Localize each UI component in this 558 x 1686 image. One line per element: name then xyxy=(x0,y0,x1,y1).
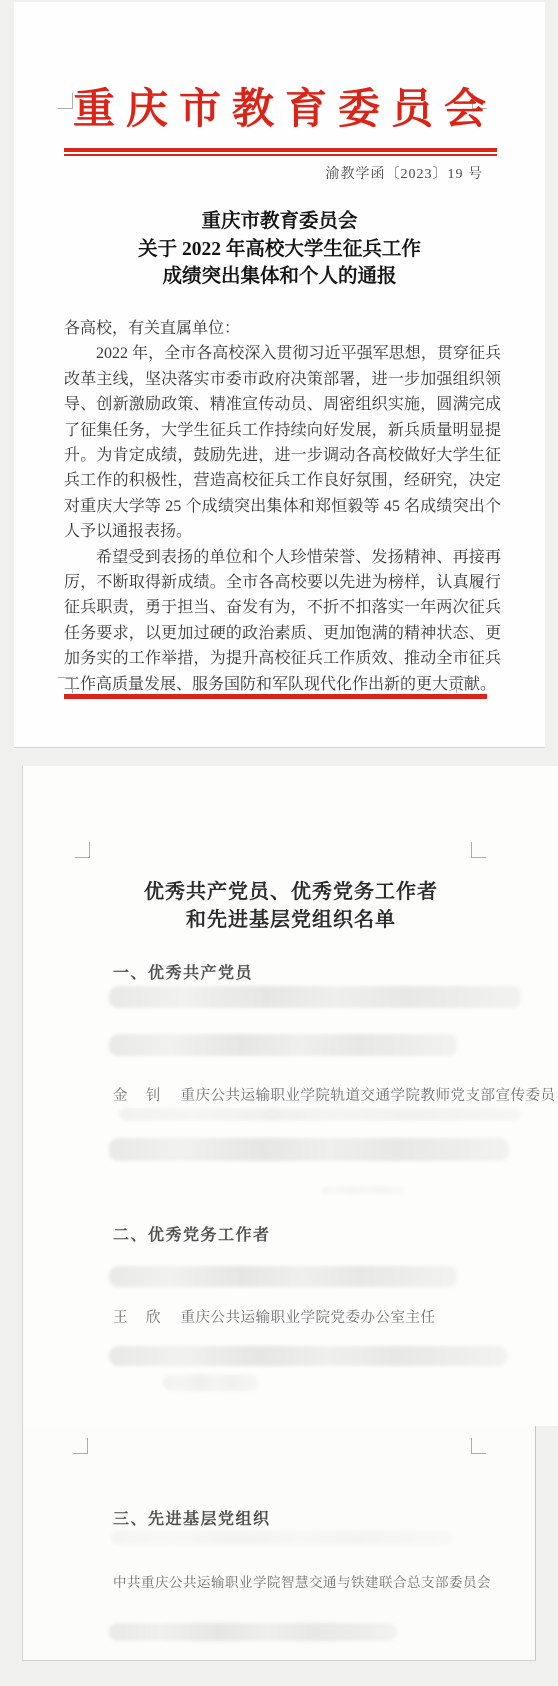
redacted-line xyxy=(111,1531,453,1545)
red-rule-thin-line xyxy=(64,154,497,156)
list-title: 优秀共产党员、优秀党务工作者 和先进基层党组织名单 xyxy=(23,878,558,934)
notice-title: 重庆市教育委员会 关于 2022 年高校大学生征兵工作 成绩突出集体和个人的通报 xyxy=(14,208,545,291)
section-1-heading: 一、优秀共产党员 xyxy=(113,960,253,983)
redacted-line xyxy=(109,1138,509,1161)
agency-header-title: 重庆市教育委员会 xyxy=(14,76,545,136)
notice-title-line-3: 成绩突出集体和个人的通报 xyxy=(14,263,545,291)
notice-title-line-2: 关于 2022 年高校大学生征兵工作 xyxy=(14,236,545,264)
screenshot-root: { "document": { "colors": { "accent_red"… xyxy=(0,0,558,1686)
notice-title-line-1: 重庆市教育委员会 xyxy=(14,208,545,236)
red-double-rule xyxy=(64,148,497,156)
list-title-line-1: 优秀共产党员、优秀党务工作者 xyxy=(23,878,558,906)
footer-red-rule xyxy=(64,694,487,699)
body-paragraph-2: 希望受到表扬的单位和个人珍惜荣誉、发扬精神、再接再厉，不断取得新成绩。全市各高校… xyxy=(64,545,501,697)
redacted-line xyxy=(109,1266,457,1287)
entry-party-branch: 中共重庆公共运输职业学院智慧交通与铁建联合总支部委员会 xyxy=(113,1571,491,1591)
scanned-page-3: 三、先进基层党组织 中共重庆公共运输职业学院智慧交通与铁建联合总支部委员会 xyxy=(22,1426,536,1661)
redacted-line xyxy=(163,1374,259,1391)
text-boundary-mark-top-left xyxy=(75,842,90,858)
entry-wang-xin: 王 欣重庆公共运输职业学院党委办公室主任 xyxy=(113,1306,436,1327)
document-number: 渝教学函〔2023〕19 号 xyxy=(326,163,484,183)
section-3-heading: 三、先进基层党组织 xyxy=(113,1506,271,1529)
entry-name: 金 钊 xyxy=(113,1088,163,1104)
scanned-page-1: 重庆市教育委员会 渝教学函〔2023〕19 号 重庆市教育委员会 关于 2022… xyxy=(14,2,545,748)
entry-org: 中共重庆公共运输职业学院智慧交通与铁建联合总支部委员会 xyxy=(113,1575,491,1590)
text-boundary-mark-top-right xyxy=(471,1438,486,1454)
entry-role: 重庆公共运输职业学院轨道交通学院教师党支部宣传委员 xyxy=(181,1088,556,1104)
entry-name: 王 欣 xyxy=(113,1310,163,1326)
entry-jin-zhao: 金 钊重庆公共运输职业学院轨道交通学院教师党支部宣传委员 xyxy=(113,1084,556,1105)
scanned-page-2: 优秀共产党员、优秀党务工作者 和先进基层党组织名单 一、优秀共产党员 金 钊重庆… xyxy=(22,766,558,1426)
redacted-line xyxy=(119,1108,521,1121)
redacted-line xyxy=(321,1186,405,1195)
redacted-line xyxy=(109,986,521,1008)
text-boundary-mark-bottom-right xyxy=(456,677,471,693)
redacted-line xyxy=(109,1346,507,1366)
salutation-line: 各高校，有关直属单位： xyxy=(64,316,501,341)
section-2-heading: 二、优秀党务工作者 xyxy=(113,1222,271,1245)
list-title-line-2: 和先进基层党组织名单 xyxy=(23,906,558,934)
text-boundary-mark-top-left xyxy=(73,1438,88,1454)
text-boundary-mark-bottom-left xyxy=(58,677,73,693)
entry-role: 重庆公共运输职业学院党委办公室主任 xyxy=(181,1310,436,1326)
body-paragraph-1: 2022 年，全市各高校深入贯彻习近平强军思想，贯穿征兵改革主线，坚决落实市委市… xyxy=(64,341,501,544)
redacted-line xyxy=(109,1034,457,1056)
text-boundary-mark-top-right xyxy=(471,842,486,858)
notice-body: 各高校，有关直属单位： 2022 年，全市各高校深入贯彻习近平强军思想，贯穿征兵… xyxy=(64,316,501,697)
red-rule-thick-line xyxy=(64,148,497,152)
redacted-line xyxy=(109,1623,397,1641)
